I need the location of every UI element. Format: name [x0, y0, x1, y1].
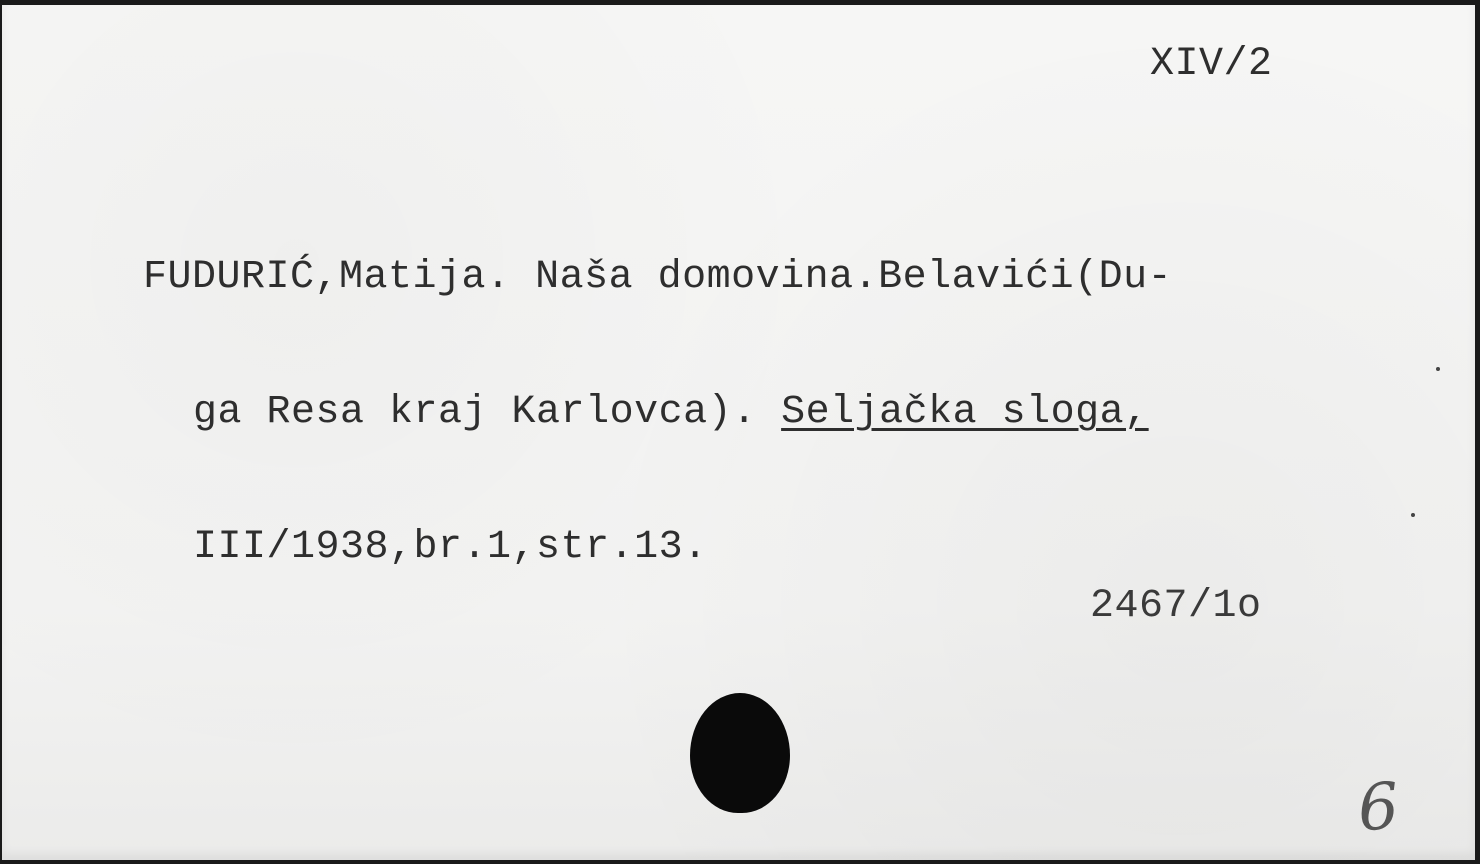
entry-title: Naša domovina.Belavići(Du-	[511, 255, 1173, 300]
accession-number: 2467/1o	[1090, 585, 1262, 629]
handwritten-mark: 6	[1356, 772, 1402, 845]
entry-line-2: ga Resa kraj Karlovca). Seljačka sloga,	[143, 390, 1172, 435]
ink-speck	[1411, 513, 1415, 517]
journal-title: Seljačka sloga,	[781, 390, 1149, 435]
punch-hole	[690, 693, 790, 813]
ink-speck	[1436, 367, 1440, 371]
entry-place: ga Resa kraj Karlovca).	[193, 390, 781, 435]
author-name: FUDURIĆ,Matija.	[143, 255, 511, 300]
entry-line-3: III/1938,br.1,str.13.	[143, 525, 1172, 570]
bibliographic-entry: FUDURIĆ,Matija. Naša domovina.Belavići(D…	[143, 165, 1172, 660]
call-number: XIV/2	[1150, 43, 1273, 87]
entry-line-1: FUDURIĆ,Matija. Naša domovina.Belavići(D…	[143, 255, 1172, 300]
catalog-card: XIV/2 FUDURIĆ,Matija. Naša domovina.Bela…	[2, 5, 1475, 860]
